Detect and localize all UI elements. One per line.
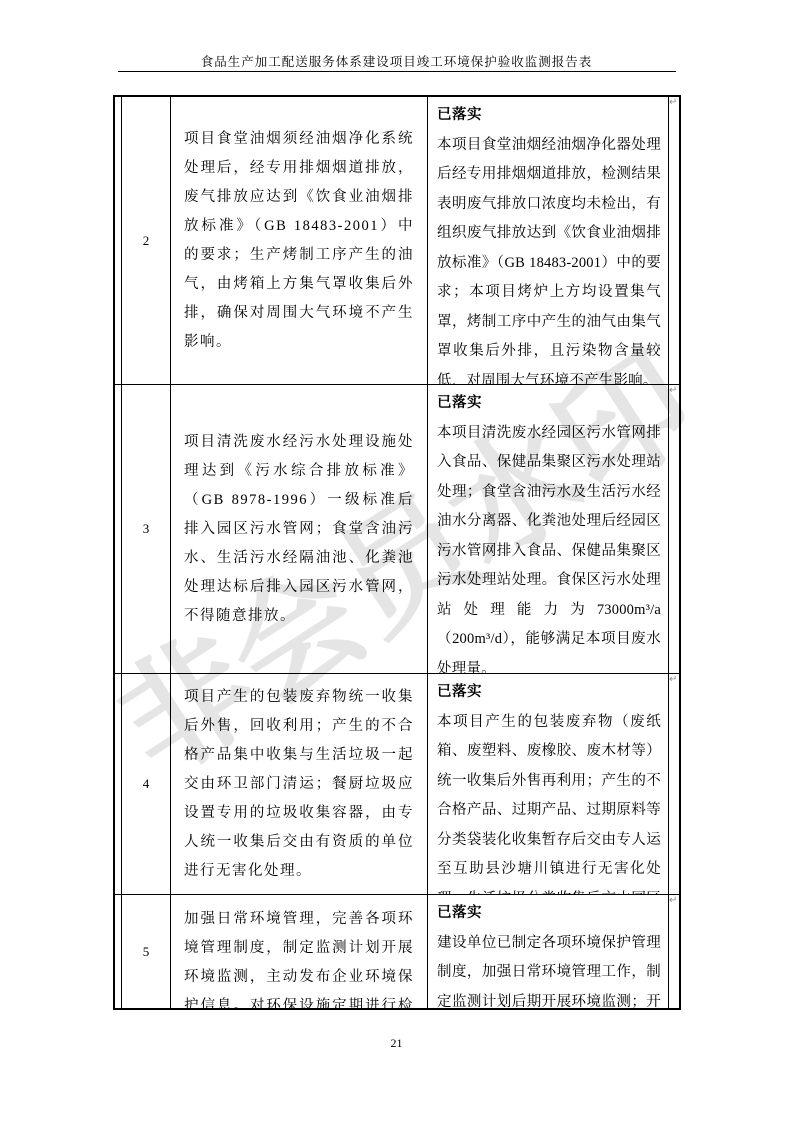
row2-status-label: 已落实 xyxy=(437,101,661,131)
row2-right-gutter: ↵ xyxy=(669,97,679,385)
row4-requirement: 项目产生的包装废弃物统一收集后外售，回收利用；产生的不合格产品集中收集与生活垃圾… xyxy=(171,674,428,895)
document-header-title: 食品生产加工配送服务体系建设项目竣工环境保护验收监测报告表 xyxy=(0,52,793,70)
row3-status-label: 已落实 xyxy=(437,389,661,419)
row5-left-gutter xyxy=(115,895,122,1008)
paragraph-mark-icon: ↵ xyxy=(669,386,677,396)
page-number: 21 xyxy=(0,1036,793,1051)
row4-left-gutter xyxy=(115,674,122,895)
row2-number: 2 xyxy=(122,97,171,385)
row3-status-detail: 本项目清洗废水经园区污水管网排入食品、保健品集聚区污水处理站处理；食堂含油污水及… xyxy=(437,419,661,675)
row2-status: 已落实 本项目食堂油烟经油烟净化器处理后经专用排烟烟道排放，检测结果表明废气排放… xyxy=(428,97,669,385)
row5-right-gutter: ↵ xyxy=(669,895,679,1008)
row3-status: 已落实 本项目清洗废水经园区污水管网排入食品、保健品集聚区污水处理站处理；食堂含… xyxy=(428,385,669,674)
paragraph-mark-icon: ↵ xyxy=(669,98,677,108)
row4-right-gutter: ↵ xyxy=(669,674,679,895)
row4-status-label: 已落实 xyxy=(437,678,661,708)
row4-status-detail: 本项目产生的包装废弃物（废纸箱、废塑料、废橡胶、废木材等）统一收集后外售再利用；… xyxy=(437,708,661,896)
row4-number: 4 xyxy=(122,674,171,895)
compliance-table: 2 项目食堂油烟须经油烟净化系统处理后，经专用排烟烟道排放，废气排放应达到《饮食… xyxy=(113,95,681,1010)
row5-status-detail: 建设单位已制定各项环境保护管理制度，加强日常环境管理工作，制定监测计划后期开展环… xyxy=(437,929,661,1009)
row5-status: 已落实 建设单位已制定各项环境保护管理制度，加强日常环境管理工作，制定监测计划后… xyxy=(428,895,669,1008)
row2-requirement: 项目食堂油烟须经油烟净化系统处理后，经专用排烟烟道排放，废气排放应达到《饮食业油… xyxy=(171,97,428,385)
row3-left-gutter xyxy=(115,385,122,674)
row3-number: 3 xyxy=(122,385,171,674)
row3-right-gutter: ↵ xyxy=(669,385,679,674)
row3-requirement: 项目清洗废水经污水处理设施处理达到《污水综合排放标准》（GB 8978-1996… xyxy=(171,385,428,674)
document-page: 食品生产加工配送服务体系建设项目竣工环境保护验收监测报告表 非会员水印 2 项目… xyxy=(0,0,793,1122)
row5-number: 5 xyxy=(122,895,171,1008)
paragraph-mark-icon: ↵ xyxy=(669,675,677,685)
row2-left-gutter xyxy=(115,97,122,385)
paragraph-mark-icon: ↵ xyxy=(669,896,677,906)
row2-status-detail: 本项目食堂油烟经油烟净化器处理后经专用排烟烟道排放，检测结果表明废气排放口浓度均… xyxy=(437,131,661,386)
header-divider xyxy=(118,71,676,72)
row4-status: 已落实 本项目产生的包装废弃物（废纸箱、废塑料、废橡胶、废木材等）统一收集后外售… xyxy=(428,674,669,895)
row5-status-label: 已落实 xyxy=(437,899,661,929)
row5-requirement: 加强日常环境管理，完善各项环境管理制度，制定监测计划开展环境监测，主动发布企业环… xyxy=(171,895,428,1008)
